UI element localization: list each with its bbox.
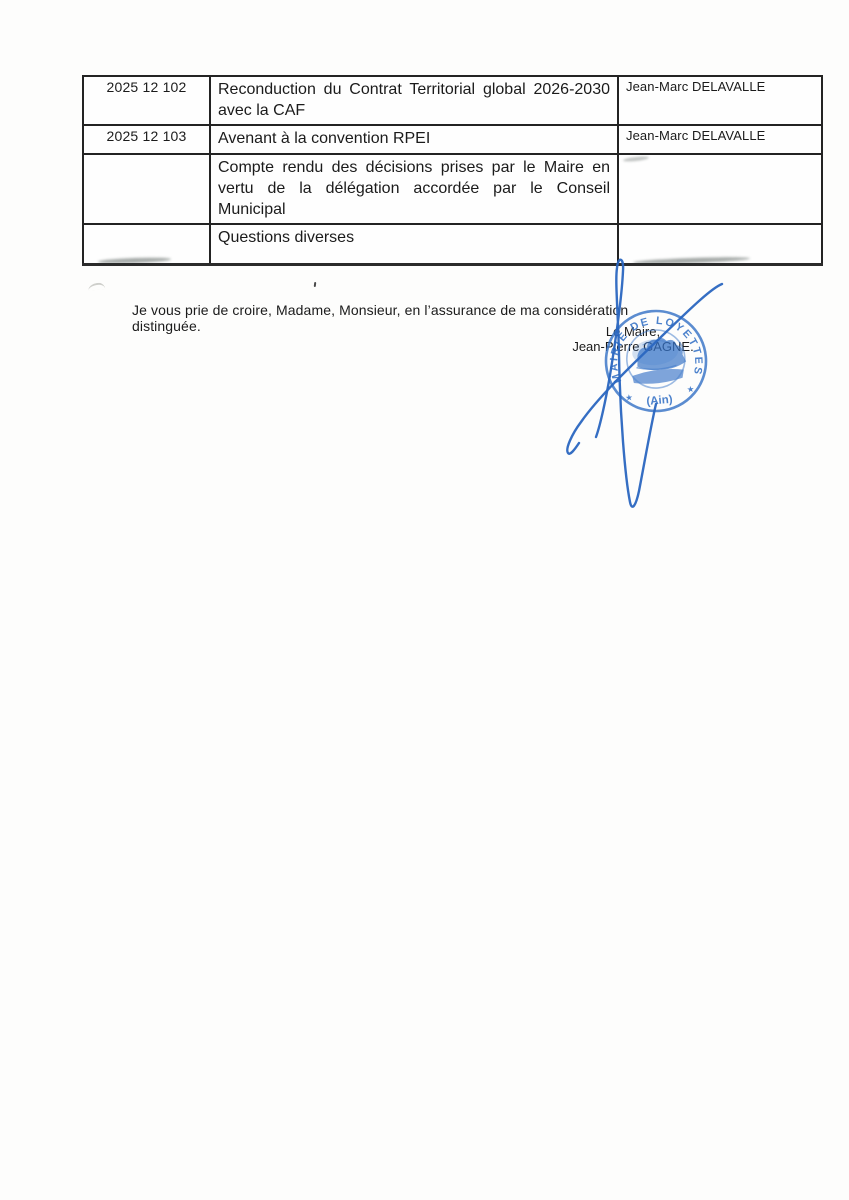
agenda-number-cell [83,154,210,224]
agenda-subject-cell: Avenant à la convention RPEI [210,125,618,154]
rapporteur-cell: Jean-Marc DELAVALLE [618,125,822,154]
rapporteur-cell [618,154,822,224]
agenda-subject-cell: Reconduction du Contrat Territorial glob… [210,76,618,125]
scan-artifact [314,282,317,287]
signature-and-stamp-overlay: MAIRIE DE LOYETTES (Ain) ★ ★ [540,240,772,532]
star-icon: ★ [686,384,695,395]
agenda-number-cell: 2025 12 103 [83,125,210,154]
stamp-subtext: (Ain) [646,394,673,408]
agenda-number-cell: 2025 12 102 [83,76,210,125]
agenda-number-cell [83,224,210,265]
agenda-subject-cell: Compte rendu des décisions prises par le… [210,154,618,224]
star-icon: ★ [625,392,634,403]
document-page: 2025 12 102 Reconduction du Contrat Terr… [0,0,849,1200]
rapporteur-cell: Jean-Marc DELAVALLE [618,76,822,125]
table-row: Compte rendu des décisions prises par le… [83,154,822,224]
agenda-table: 2025 12 102 Reconduction du Contrat Terr… [82,75,823,266]
scan-artifact [88,282,106,291]
table-row: 2025 12 103 Avenant à la convention RPEI… [83,125,822,154]
table-row: 2025 12 102 Reconduction du Contrat Terr… [83,76,822,125]
